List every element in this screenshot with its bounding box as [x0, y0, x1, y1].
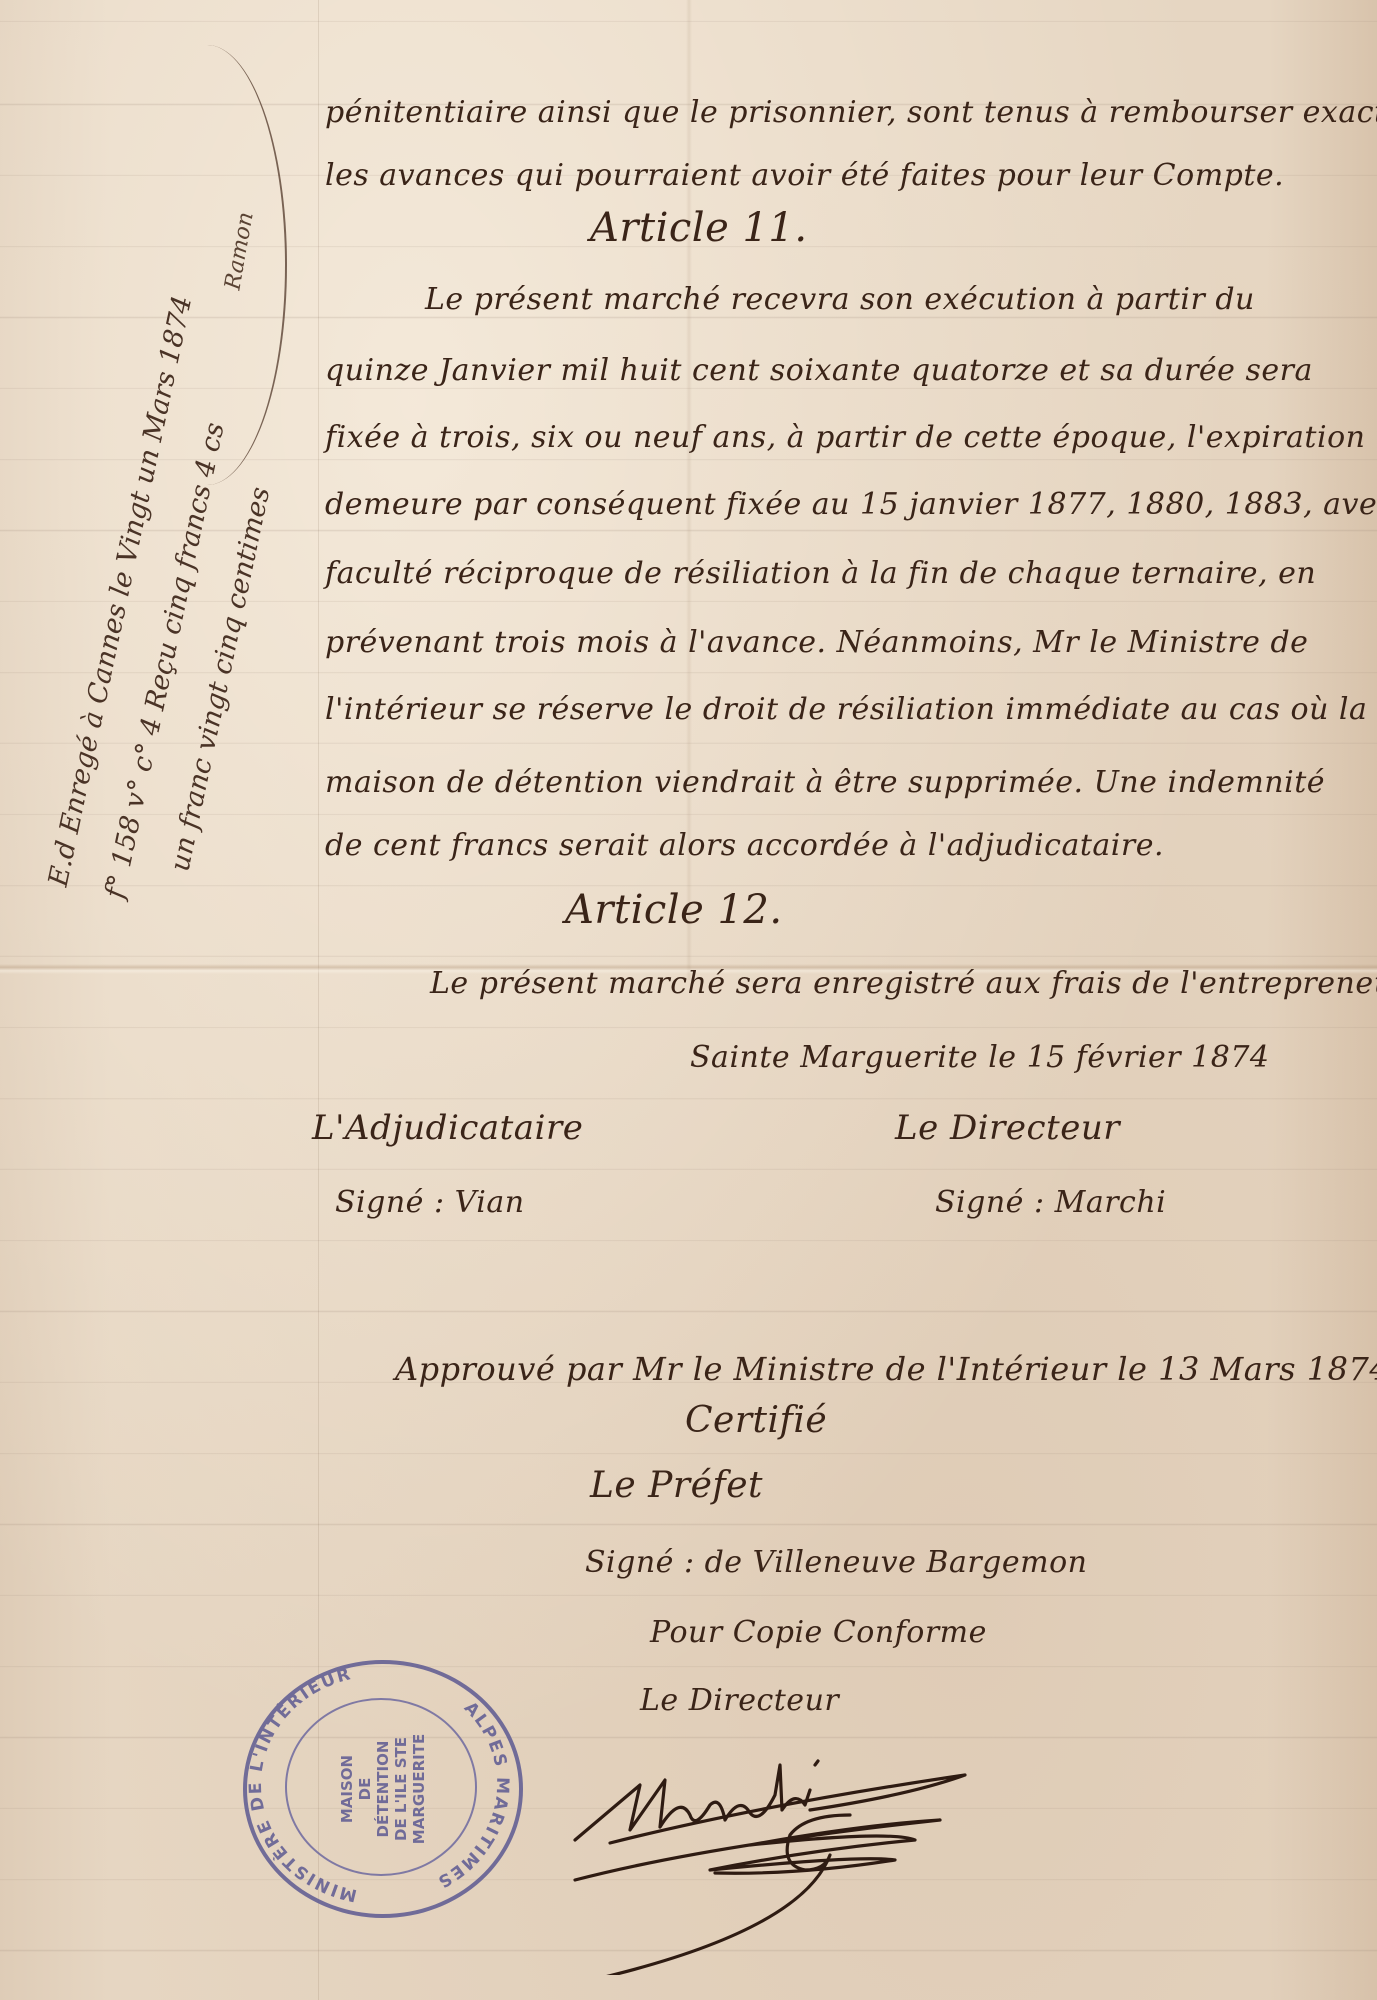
- place-date: Sainte Marguerite le 15 février 1874: [690, 1040, 1270, 1075]
- director-title-bottom: Le Directeur: [640, 1683, 839, 1718]
- director-title: Le Directeur: [895, 1108, 1120, 1148]
- director-signed: Signé : Marchi: [935, 1185, 1166, 1220]
- adjudicataire-signed: Signé : Vian: [335, 1185, 525, 1220]
- director-signature: Marchi: [560, 1735, 1000, 1975]
- stamp-outer-text-bottom: ALPES MARITIMES: [433, 1698, 512, 1892]
- body-line: Le présent marché sera enregistré aux fr…: [430, 966, 1377, 1001]
- body-line: l'intérieur se réserve le droit de résil…: [325, 692, 1367, 727]
- body-line: demeure par conséquent fixée au 15 janvi…: [325, 487, 1377, 522]
- copy-note: Pour Copie Conforme: [650, 1615, 987, 1650]
- stamp-line: DE L'ILE STE: [392, 1734, 410, 1844]
- body-line: faculté réciproque de résiliation à la f…: [325, 556, 1316, 591]
- body-line: prévenant trois mois à l'avance. Néanmoi…: [325, 625, 1308, 660]
- article-heading: Article 11.: [590, 205, 808, 251]
- body-line: les avances qui pourraient avoir été fai…: [325, 158, 1284, 193]
- article-heading: Article 12.: [565, 887, 783, 933]
- body-line: de cent francs serait alors accordée à l…: [325, 828, 1164, 863]
- adjudicataire-title: L'Adjudicataire: [312, 1108, 583, 1148]
- body-line: maison de détention viendrait à être sup…: [325, 765, 1325, 800]
- body-line: pénitentiaire ainsi que le prisonnier, s…: [325, 95, 1377, 130]
- stamp-center-text: MAISON DE DÉTENTION DE L'ILE STE MARGUER…: [338, 1734, 428, 1844]
- stamp-line: DÉTENTION: [374, 1734, 392, 1844]
- body-line: fixée à trois, six ou neuf ans, à partir…: [325, 420, 1365, 455]
- body-line: quinze Janvier mil huit cent soixante qu…: [325, 353, 1313, 388]
- stamp-line: DE: [356, 1734, 374, 1844]
- prefect-signed: Signé : de Villeneuve Bargemon: [585, 1545, 1087, 1580]
- signature-flourish-icon: [560, 1735, 1000, 1975]
- stamp-line: MAISON: [338, 1734, 356, 1844]
- body-line: Le présent marché recevra son exécution …: [425, 282, 1255, 317]
- prefect-title: Le Préfet: [590, 1465, 763, 1506]
- official-stamp: MINISTÈRE DE L'INTÉRIEUR ALPES MARITIMES…: [243, 1660, 523, 1918]
- certified-label: Certifié: [685, 1400, 827, 1441]
- stamp-line: MARGUERITE: [410, 1734, 428, 1844]
- approval-line: Approuvé par Mr le Ministre de l'Intérie…: [395, 1350, 1377, 1388]
- svg-text:ALPES MARITIMES: ALPES MARITIMES: [433, 1698, 512, 1892]
